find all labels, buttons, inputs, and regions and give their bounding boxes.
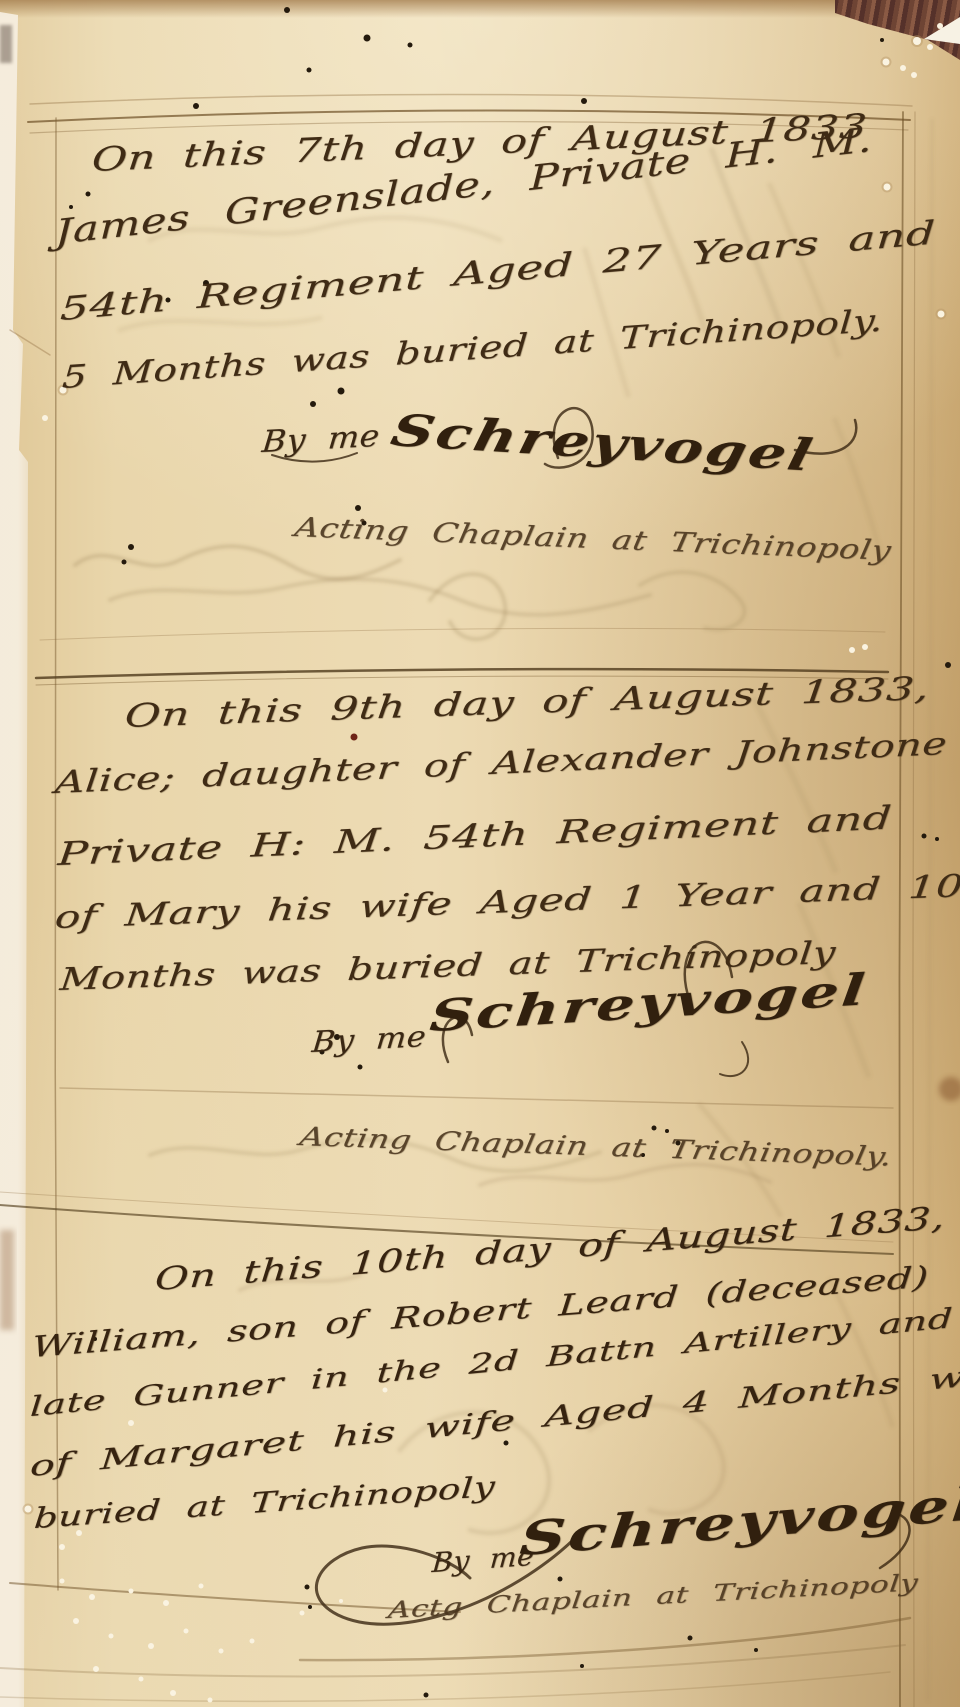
attestation-by-me: By me — [260, 419, 381, 460]
attestation-by-me: By me — [311, 1019, 428, 1059]
register-page: On this 7th day of August 1833 James Gre… — [0, 0, 960, 1707]
